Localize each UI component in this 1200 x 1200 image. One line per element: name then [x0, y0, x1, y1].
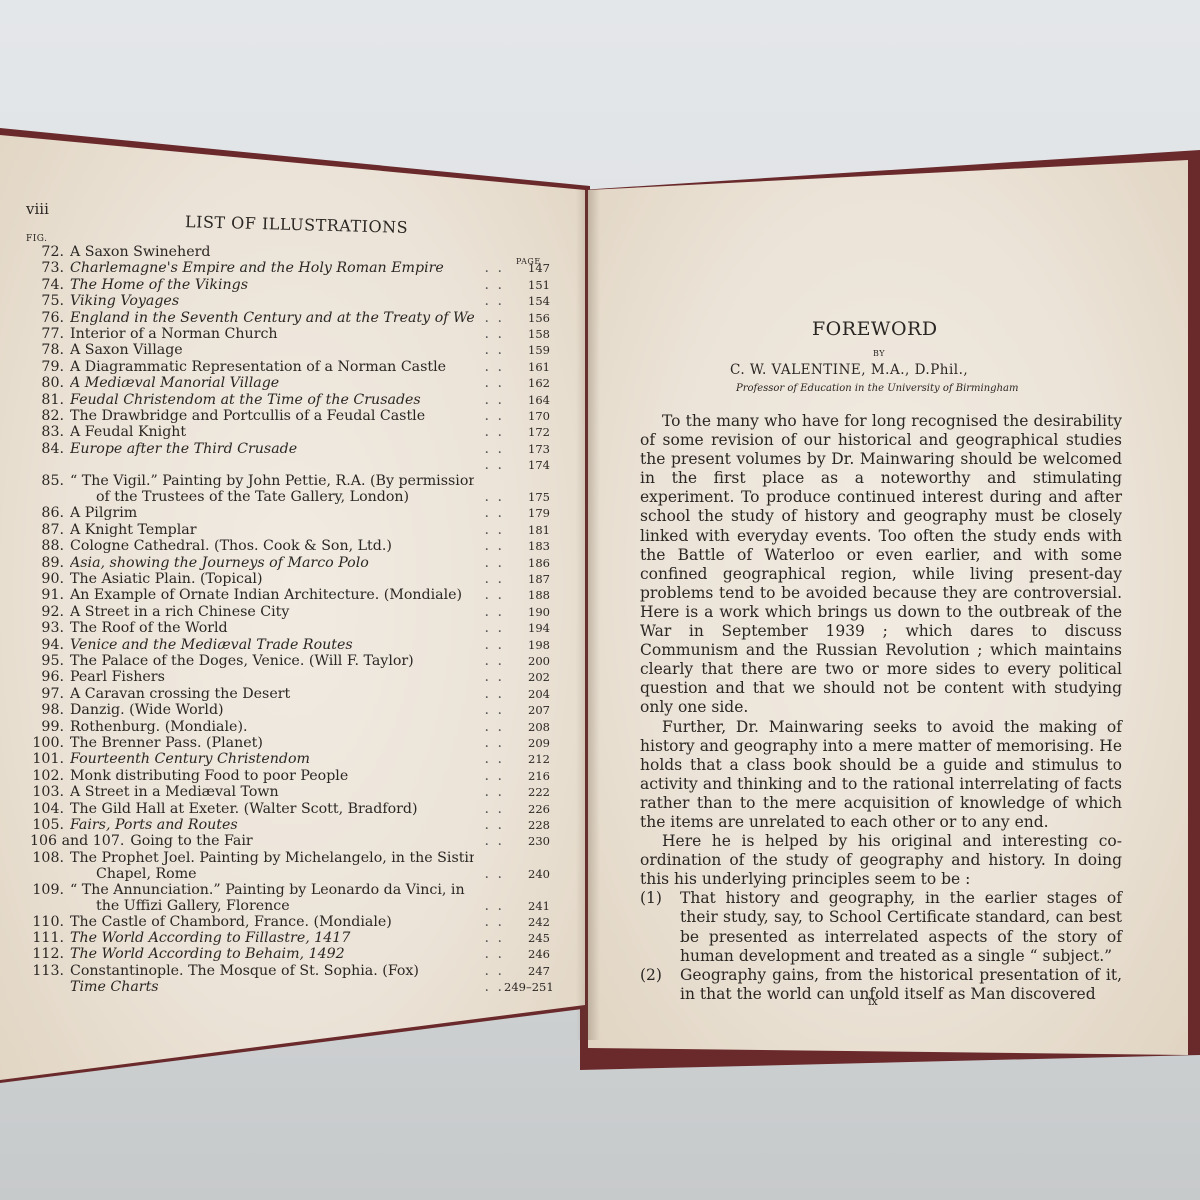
leader-dots: . .: [474, 817, 504, 833]
figure-title: Pearl Fishers: [70, 669, 474, 685]
illustration-entry: 95.The Palace of the Doges, Venice. (Wil…: [30, 653, 550, 669]
figure-number: 108.: [30, 850, 70, 866]
page-reference: 170: [504, 408, 550, 424]
leader-dots: . .: [474, 637, 504, 653]
figure-title: The Brenner Pass. (Planet): [70, 735, 474, 751]
illustration-entry: 92.A Street in a rich Chinese City. .190: [30, 604, 550, 620]
illustration-entry: 100.The Brenner Pass. (Planet). .209: [30, 735, 550, 751]
figure-title-text: The Gild Hall at Exeter. (Walter Scott, …: [70, 801, 418, 817]
figure-title: Interior of a Norman Church: [70, 326, 474, 342]
figure-title: Fourteenth Century Christendom: [70, 751, 474, 767]
illustration-entry: 99.Rothenburg. (Mondiale).. .208: [30, 719, 550, 735]
leader-dots: . .: [474, 359, 504, 375]
leader-dots: . .: [474, 293, 504, 309]
principles-list: (1)That history and geography, in the ea…: [640, 889, 1122, 1004]
page-reference: 228: [504, 817, 550, 833]
figure-number: 89.: [30, 555, 70, 571]
page-reference: 183: [504, 538, 550, 554]
figure-number: 113.: [30, 963, 70, 979]
figure-title-text: An Example of Ornate Indian Architecture…: [70, 587, 462, 603]
illustration-entry: 113.Constantinople. The Mosque of St. So…: [30, 963, 550, 979]
figure-title: Rothenburg. (Mondiale).: [70, 719, 474, 735]
figure-number: 75.: [30, 293, 70, 309]
figure-title: Feudal Christendom at the Time of the Cr…: [70, 392, 474, 408]
principle-item: (1)That history and geography, in the ea…: [640, 889, 1122, 965]
list-marker: (1): [640, 889, 680, 908]
illustration-entry: 108.The Prophet Joel. Painting by Michel…: [30, 850, 550, 882]
illustration-entry: 98.Danzig. (Wide World). .207: [30, 702, 550, 718]
figure-title-text: A Pilgrim: [70, 505, 137, 521]
figure-title-text: A Mediæval Manorial Village: [70, 375, 279, 391]
leader-dots: . .: [474, 408, 504, 424]
figure-title-text: The Prophet Joel. Painting by Michelange…: [70, 850, 474, 866]
figure-title-text: Time Charts: [70, 979, 159, 995]
illustration-entry: 79.A Diagrammatic Representation of a No…: [30, 359, 550, 375]
page-reference: 194: [504, 620, 550, 636]
figure-title-text: A Diagrammatic Representation of a Norma…: [70, 359, 446, 375]
figure-number: 96.: [30, 669, 70, 685]
figure-title-text: The Asiatic Plain. (Topical): [70, 571, 263, 587]
leader-dots: . .: [474, 946, 504, 962]
page-reference: 190: [504, 604, 550, 620]
illustration-entry: 97.A Caravan crossing the Desert. .204: [30, 686, 550, 702]
figure-number: 109.: [30, 882, 70, 898]
figure-title-continuation: of the Trustees of the Tate Gallery, Lon…: [70, 489, 474, 505]
figure-title: The Home of the Vikings: [70, 277, 474, 293]
page-reference: 186: [504, 555, 550, 571]
figure-number: 112.: [30, 946, 70, 962]
figure-title-continuation: Chapel, Rome: [70, 866, 474, 882]
byline-label: BY: [873, 349, 885, 358]
figure-title: “ The Annunciation.” Painting by Leonard…: [70, 882, 474, 914]
figure-number: 85.: [30, 473, 70, 489]
figure-number: 88.: [30, 538, 70, 554]
figure-number: 87.: [30, 522, 70, 538]
page-reference: 222: [504, 784, 550, 800]
illustration-entry: 77.Interior of a Norman Church. .158: [30, 326, 550, 342]
illustration-entry: 103.A Street in a Mediæval Town. .222: [30, 784, 550, 800]
illustration-entry: 109.“ The Annunciation.” Painting by Leo…: [30, 882, 550, 914]
figure-number: 81.: [30, 392, 70, 408]
foreword-heading: FOREWORD: [812, 318, 938, 340]
leader-dots: . .: [474, 555, 504, 571]
figure-number: 73.: [30, 260, 70, 276]
figure-title-continuation: the Uffizi Gallery, Florence: [70, 898, 474, 914]
figure-title-text: “ The Vigil.” Painting by John Pettie, R…: [70, 473, 474, 489]
illustration-entry: 72.A Saxon Swineherd: [30, 244, 550, 260]
page-number-left: viii: [26, 200, 49, 218]
leader-dots: . .: [474, 979, 504, 995]
page-reference: 188: [504, 587, 550, 603]
leader-dots: . .: [474, 866, 504, 882]
figure-title-text: Danzig. (Wide World): [70, 702, 224, 718]
leader-dots: . .: [474, 260, 504, 276]
illustration-entry: 111.The World According to Fillastre, 14…: [30, 930, 550, 946]
illustration-entry: 102.Monk distributing Food to poor Peopl…: [30, 768, 550, 784]
leader-dots: . .: [474, 784, 504, 800]
page-reference: 187: [504, 571, 550, 587]
figure-title: A Caravan crossing the Desert: [70, 686, 474, 702]
illustration-entry: 90.The Asiatic Plain. (Topical). .187: [30, 571, 550, 587]
foreword-body: To the many who have for long recognised…: [640, 412, 1122, 1004]
illustration-entry: 74.The Home of the Vikings. .151: [30, 277, 550, 293]
illustration-entry: 91.An Example of Ornate Indian Architect…: [30, 587, 550, 603]
list-marker: (2): [640, 966, 680, 985]
page-reference: 162: [504, 375, 550, 391]
figure-number: 90.: [30, 571, 70, 587]
leader-dots: . .: [474, 326, 504, 342]
illustration-entry: 105.Fairs, Ports and Routes. .228: [30, 817, 550, 833]
page-reference: 158: [504, 326, 550, 342]
leader-dots: . .: [474, 424, 504, 440]
figure-title: A Knight Templar: [70, 522, 474, 538]
leader-dots: . .: [474, 505, 504, 521]
figure-title-text: Cologne Cathedral. (Thos. Cook & Son, Lt…: [70, 538, 392, 554]
leader-dots: . .: [474, 751, 504, 767]
page-reference: 164: [504, 392, 550, 408]
illustration-entry: 106 and 107.Going to the Fair. .230: [30, 833, 550, 849]
principle-text: Geography gains, from the historical pre…: [680, 966, 1122, 1003]
figure-number: 84.: [30, 441, 70, 457]
leader-dots: . .: [474, 342, 504, 358]
figure-title: Monk distributing Food to poor People: [70, 768, 474, 784]
page-reference: 173: [504, 441, 550, 457]
leader-dots: . .: [474, 522, 504, 538]
paragraph: Further, Dr. Mainwaring seeks to avoid t…: [640, 718, 1122, 833]
fig-column-label: FIG.: [26, 234, 48, 244]
illustrations-list: 72.A Saxon Swineherd73.Charlemagne's Emp…: [30, 244, 550, 996]
illustration-entry: 73.Charlemagne's Empire and the Holy Rom…: [30, 260, 550, 276]
figure-number: 95.: [30, 653, 70, 669]
figure-title: The Palace of the Doges, Venice. (Will F…: [70, 653, 474, 669]
figure-number: 94.: [30, 637, 70, 653]
figure-number: 98.: [30, 702, 70, 718]
page-reference: 175: [504, 489, 550, 505]
book-gutter: [576, 190, 600, 1040]
author-name: C. W. VALENTINE, M.A., D.Phil.,: [730, 362, 968, 378]
page-reference: 202: [504, 669, 550, 685]
illustration-entry: Time Charts. .249–251: [30, 979, 550, 995]
illustration-entry: 83.A Feudal Knight. .172: [30, 424, 550, 440]
figure-number: 77.: [30, 326, 70, 342]
figure-title-text: Going to the Fair: [130, 833, 252, 849]
figure-title: A Mediæval Manorial Village: [70, 375, 474, 391]
illustration-entry: 80.A Mediæval Manorial Village. .162: [30, 375, 550, 391]
page-reference: 241: [504, 898, 550, 914]
illustration-entry: 78.A Saxon Village. .159: [30, 342, 550, 358]
figure-title-text: Fairs, Ports and Routes: [70, 817, 238, 833]
figure-number: 74.: [30, 277, 70, 293]
leader-dots: . .: [474, 719, 504, 735]
figure-title: The Asiatic Plain. (Topical): [70, 571, 474, 587]
page-reference: 154: [504, 293, 550, 309]
principle-item: (2)Geography gains, from the historical …: [640, 966, 1122, 1004]
figure-number: 103.: [30, 784, 70, 800]
page-reference: 204: [504, 686, 550, 702]
illustration-entry: 94.Venice and the Mediæval Trade Routes.…: [30, 637, 550, 653]
figure-number: 93.: [30, 620, 70, 636]
leader-dots: . .: [474, 620, 504, 636]
figure-title-text: The World According to Behaim, 1492: [70, 946, 345, 962]
figure-title: Charlemagne's Empire and the Holy Roman …: [70, 260, 474, 276]
figure-number: 105.: [30, 817, 70, 833]
page-reference: 226: [504, 801, 550, 817]
figure-title: A Street in a Mediæval Town: [70, 784, 474, 800]
figure-title-text: Viking Voyages: [70, 293, 179, 309]
figure-title: A Saxon Swineherd: [70, 244, 474, 260]
figure-title-text: Interior of a Norman Church: [70, 326, 278, 342]
figure-number: 86.: [30, 505, 70, 521]
illustration-entry: 112.The World According to Behaim, 1492.…: [30, 946, 550, 962]
page-reference: 156: [504, 310, 550, 326]
figure-title: Viking Voyages: [70, 293, 474, 309]
figure-title-text: Fourteenth Century Christendom: [70, 751, 310, 767]
figure-title-text: Charlemagne's Empire and the Holy Roman …: [70, 260, 444, 276]
page-reference: 181: [504, 522, 550, 538]
page-reference: 230: [504, 833, 550, 849]
leader-dots: . .: [474, 735, 504, 751]
leader-dots: . .: [474, 898, 504, 914]
figure-title-text: A Saxon Village: [70, 342, 183, 358]
illustration-entry: 84.Europe after the Third Crusade. .173: [30, 441, 550, 457]
figure-title-text: A Knight Templar: [70, 522, 197, 538]
leader-dots: . .: [474, 571, 504, 587]
figure-title: Constantinople. The Mosque of St. Sophia…: [70, 963, 474, 979]
figure-number: 100.: [30, 735, 70, 751]
page-reference: 159: [504, 342, 550, 358]
figure-number: 82.: [30, 408, 70, 424]
figure-title: England in the Seventh Century and at th…: [70, 310, 474, 326]
figure-title-text: England in the Seventh Century and at th…: [70, 310, 474, 326]
figure-number: 91.: [30, 587, 70, 603]
leader-dots: . .: [474, 375, 504, 391]
figure-title-text: The Home of the Vikings: [70, 277, 248, 293]
leader-dots: . .: [474, 457, 504, 473]
figure-number: 80.: [30, 375, 70, 391]
figure-number: 102.: [30, 768, 70, 784]
leader-dots: . .: [474, 310, 504, 326]
page-reference: 147: [504, 260, 550, 276]
figure-title-text: The Palace of the Doges, Venice. (Will F…: [70, 653, 414, 669]
page-reference: 207: [504, 702, 550, 718]
figure-title-text: A Feudal Knight: [70, 424, 186, 440]
figure-title: A Feudal Knight: [70, 424, 474, 440]
figure-number: 92.: [30, 604, 70, 620]
figure-title: Danzig. (Wide World): [70, 702, 474, 718]
figure-number: 106 and 107.: [30, 833, 130, 849]
leader-dots: . .: [474, 914, 504, 930]
page-reference: 247: [504, 963, 550, 979]
page-reference: 245: [504, 930, 550, 946]
page-reference: 151: [504, 277, 550, 293]
illustration-entry: 75.Viking Voyages. .154: [30, 293, 550, 309]
author-affiliation: Professor of Education in the University…: [736, 383, 1018, 394]
leader-dots: . .: [474, 669, 504, 685]
page-reference: 240: [504, 866, 550, 882]
leader-dots: . .: [474, 587, 504, 603]
illustration-entry: 88.Cologne Cathedral. (Thos. Cook & Son,…: [30, 538, 550, 554]
illustration-entry: . .174: [30, 457, 550, 473]
figure-title-text: A Caravan crossing the Desert: [70, 686, 290, 702]
page-number-right: ix: [868, 995, 878, 1008]
figure-title: Europe after the Third Crusade: [70, 441, 474, 457]
leader-dots: . .: [474, 686, 504, 702]
open-book: viii LIST OF ILLUSTRATIONS FIG. PAGE 72.…: [0, 0, 1200, 1200]
figure-title-text: A Street in a Mediæval Town: [70, 784, 279, 800]
leader-dots: . .: [474, 392, 504, 408]
figure-title: A Diagrammatic Representation of a Norma…: [70, 359, 474, 375]
leader-dots: . .: [474, 833, 504, 849]
page-reference: 179: [504, 505, 550, 521]
illustration-entry: 104.The Gild Hall at Exeter. (Walter Sco…: [30, 801, 550, 817]
leader-dots: . .: [474, 604, 504, 620]
figure-title-text: Europe after the Third Crusade: [70, 441, 297, 457]
illustration-entry: 82.The Drawbridge and Portcullis of a Fe…: [30, 408, 550, 424]
illustration-entry: 81.Feudal Christendom at the Time of the…: [30, 392, 550, 408]
figure-title-text: The World According to Fillastre, 1417: [70, 930, 350, 946]
page-reference: 200: [504, 653, 550, 669]
page-reference: 172: [504, 424, 550, 440]
figure-title: The World According to Behaim, 1492: [70, 946, 474, 962]
page-reference: 249–251: [504, 979, 550, 995]
figure-title: The Prophet Joel. Painting by Michelange…: [70, 850, 474, 882]
figure-title: Asia, showing the Journeys of Marco Polo: [70, 555, 474, 571]
figure-title: Time Charts: [70, 979, 474, 995]
page-reference: 216: [504, 768, 550, 784]
leader-dots: . .: [474, 801, 504, 817]
figure-title: Cologne Cathedral. (Thos. Cook & Son, Lt…: [70, 538, 474, 554]
illustration-entry: 76.England in the Seventh Century and at…: [30, 310, 550, 326]
figure-title-text: Monk distributing Food to poor People: [70, 768, 348, 784]
figure-title: A Pilgrim: [70, 505, 474, 521]
paragraph: Here he is helped by his original and in…: [640, 832, 1122, 889]
leader-dots: . .: [474, 702, 504, 718]
illustration-entry: 93.The Roof of the World. .194: [30, 620, 550, 636]
figure-title: The Roof of the World: [70, 620, 474, 636]
page-reference: 212: [504, 751, 550, 767]
page-reference: 208: [504, 719, 550, 735]
figure-title: Going to the Fair: [130, 833, 474, 849]
figure-title: The Castle of Chambord, France. (Mondial…: [70, 914, 474, 930]
figure-title: “ The Vigil.” Painting by John Pettie, R…: [70, 473, 474, 505]
page-reference: 174: [504, 457, 550, 473]
page-reference: 161: [504, 359, 550, 375]
figure-number: 111.: [30, 930, 70, 946]
page-reference: 209: [504, 735, 550, 751]
illustration-entry: 101.Fourteenth Century Christendom. .212: [30, 751, 550, 767]
figure-number: 79.: [30, 359, 70, 375]
page-reference: 242: [504, 914, 550, 930]
figure-title-text: The Drawbridge and Portcullis of a Feuda…: [70, 408, 425, 424]
figure-title-text: A Saxon Swineherd: [70, 244, 210, 260]
figure-title: Fairs, Ports and Routes: [70, 817, 474, 833]
figure-title: The World According to Fillastre, 1417: [70, 930, 474, 946]
illustration-entry: 86.A Pilgrim. .179: [30, 505, 550, 521]
principle-text: That history and geography, in the earli…: [680, 889, 1122, 964]
leader-dots: . .: [474, 930, 504, 946]
figure-number: 72.: [30, 244, 70, 260]
leader-dots: . .: [474, 963, 504, 979]
figure-number: 97.: [30, 686, 70, 702]
leader-dots: . .: [474, 441, 504, 457]
paragraph: To the many who have for long recognised…: [640, 412, 1122, 718]
figure-number: 104.: [30, 801, 70, 817]
illustration-entry: 87.A Knight Templar. .181: [30, 522, 550, 538]
figure-number: 99.: [30, 719, 70, 735]
figure-title: Venice and the Mediæval Trade Routes: [70, 637, 474, 653]
figure-title-text: Asia, showing the Journeys of Marco Polo: [70, 555, 369, 571]
figure-title-text: Constantinople. The Mosque of St. Sophia…: [70, 963, 419, 979]
leader-dots: . .: [474, 277, 504, 293]
figure-title-text: Venice and the Mediæval Trade Routes: [70, 637, 353, 653]
figure-title-text: The Roof of the World: [70, 620, 228, 636]
figure-title: A Saxon Village: [70, 342, 474, 358]
leader-dots: . .: [474, 538, 504, 554]
figure-title-text: The Castle of Chambord, France. (Mondial…: [70, 914, 392, 930]
leader-dots: . .: [474, 768, 504, 784]
figure-title-text: Pearl Fishers: [70, 669, 165, 685]
figure-number: 83.: [30, 424, 70, 440]
figure-title-text: “ The Annunciation.” Painting by Leonard…: [70, 882, 465, 898]
illustration-entry: 89.Asia, showing the Journeys of Marco P…: [30, 555, 550, 571]
figure-number: 110.: [30, 914, 70, 930]
figure-title-text: Rothenburg. (Mondiale).: [70, 719, 248, 735]
figure-title: A Street in a rich Chinese City: [70, 604, 474, 620]
figure-title-text: A Street in a rich Chinese City: [70, 604, 289, 620]
figure-number: 76.: [30, 310, 70, 326]
page-reference: 246: [504, 946, 550, 962]
figure-title-text: Feudal Christendom at the Time of the Cr…: [70, 392, 421, 408]
page-reference: 198: [504, 637, 550, 653]
figure-title: The Gild Hall at Exeter. (Walter Scott, …: [70, 801, 474, 817]
figure-title: The Drawbridge and Portcullis of a Feuda…: [70, 408, 474, 424]
illustration-entry: 96.Pearl Fishers. .202: [30, 669, 550, 685]
illustration-entry: 110.The Castle of Chambord, France. (Mon…: [30, 914, 550, 930]
leader-dots: . .: [474, 489, 504, 505]
figure-title-text: The Brenner Pass. (Planet): [70, 735, 263, 751]
figure-number: 101.: [30, 751, 70, 767]
figure-number: 78.: [30, 342, 70, 358]
illustration-entry: 85.“ The Vigil.” Painting by John Pettie…: [30, 473, 550, 505]
figure-title: An Example of Ornate Indian Architecture…: [70, 587, 474, 603]
leader-dots: . .: [474, 653, 504, 669]
